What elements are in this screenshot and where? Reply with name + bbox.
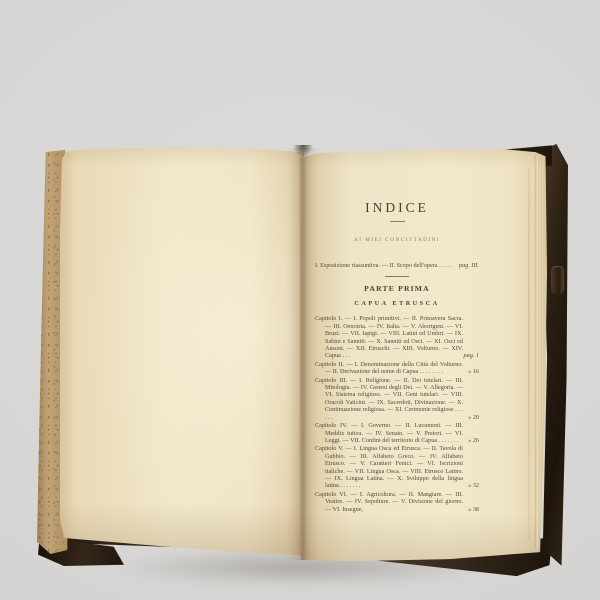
- book-gutter-top-notch: [291, 145, 315, 161]
- entry-page-number: » 20: [468, 414, 479, 421]
- dedication-line: AI MIEI CONCITTADINI: [315, 237, 479, 243]
- part-heading: PARTE PRIMA: [315, 284, 479, 293]
- entry-text: Capitolo VI. — I. Agricoltura. — II. Man…: [315, 491, 463, 513]
- title-rule: [390, 221, 405, 222]
- page-title: INDICE: [315, 200, 479, 215]
- index-entry-chapter-2: Capitolo II. — I. Denominazione della Ci…: [315, 361, 479, 376]
- entry-text: Capitolo IV. — I. Governo. — II. Lucumon…: [315, 422, 463, 444]
- entry-text: Capitolo II. — I. Denominazione della Ci…: [315, 361, 463, 375]
- section-rule: [385, 276, 409, 277]
- page-edge-crease: [534, 156, 539, 549]
- index-entry-chapter-1: Capitolo I. — I. Popoli primitivi. — II.…: [315, 315, 479, 359]
- section-heading: CAPUA ETRUSCA: [315, 300, 479, 307]
- right-page: INDICE AI MIEI CONCITTADINI I. Esposizio…: [300, 148, 548, 562]
- intro-entry-page-number: pag. III.: [459, 262, 479, 269]
- page-edge-crease-inner: [528, 168, 530, 541]
- index-entry-chapter-4: Capitolo IV. — I. Governo. — II. Lucumon…: [315, 422, 479, 444]
- index-content: INDICE AI MIEI CONCITTADINI I. Esposizio…: [315, 200, 479, 514]
- photo-background: INDICE AI MIEI CONCITTADINI I. Esposizio…: [0, 0, 600, 600]
- index-entry-chapter-6: Capitolo VI. — I. Agricoltura. — II. Man…: [315, 491, 479, 513]
- index-entry-chapter-3: Capitolo III. — I. Religione. — II. Dei …: [315, 377, 479, 421]
- index-entries: Capitolo I. — I. Popoli primitivi. — II.…: [315, 315, 479, 513]
- intro-entry-text: I. Esposizione riassuntiva. — II. Scopo …: [315, 262, 453, 269]
- entry-text: Capitolo V. — I. Lingua Osca ed Etrusca.…: [315, 445, 463, 489]
- entry-page-number: » 16: [468, 368, 479, 375]
- left-page-blank: [60, 146, 304, 560]
- entry-text: Capitolo I. — I. Popoli primitivi. — II.…: [315, 315, 463, 359]
- entry-page-number: » 32: [468, 482, 479, 489]
- entry-page-number: » 38: [468, 506, 479, 513]
- index-entry-chapter-5: Capitolo V. — I. Lingua Osca ed Etrusca.…: [315, 445, 479, 489]
- cover-clasp: [551, 266, 564, 294]
- entry-page-number: pag. 1: [464, 352, 479, 359]
- index-intro-entry: I. Esposizione riassuntiva. — II. Scopo …: [315, 262, 479, 269]
- entry-text: Capitolo III. — I. Religione. — II. Dei …: [315, 377, 463, 421]
- entry-page-number: » 26: [468, 437, 479, 444]
